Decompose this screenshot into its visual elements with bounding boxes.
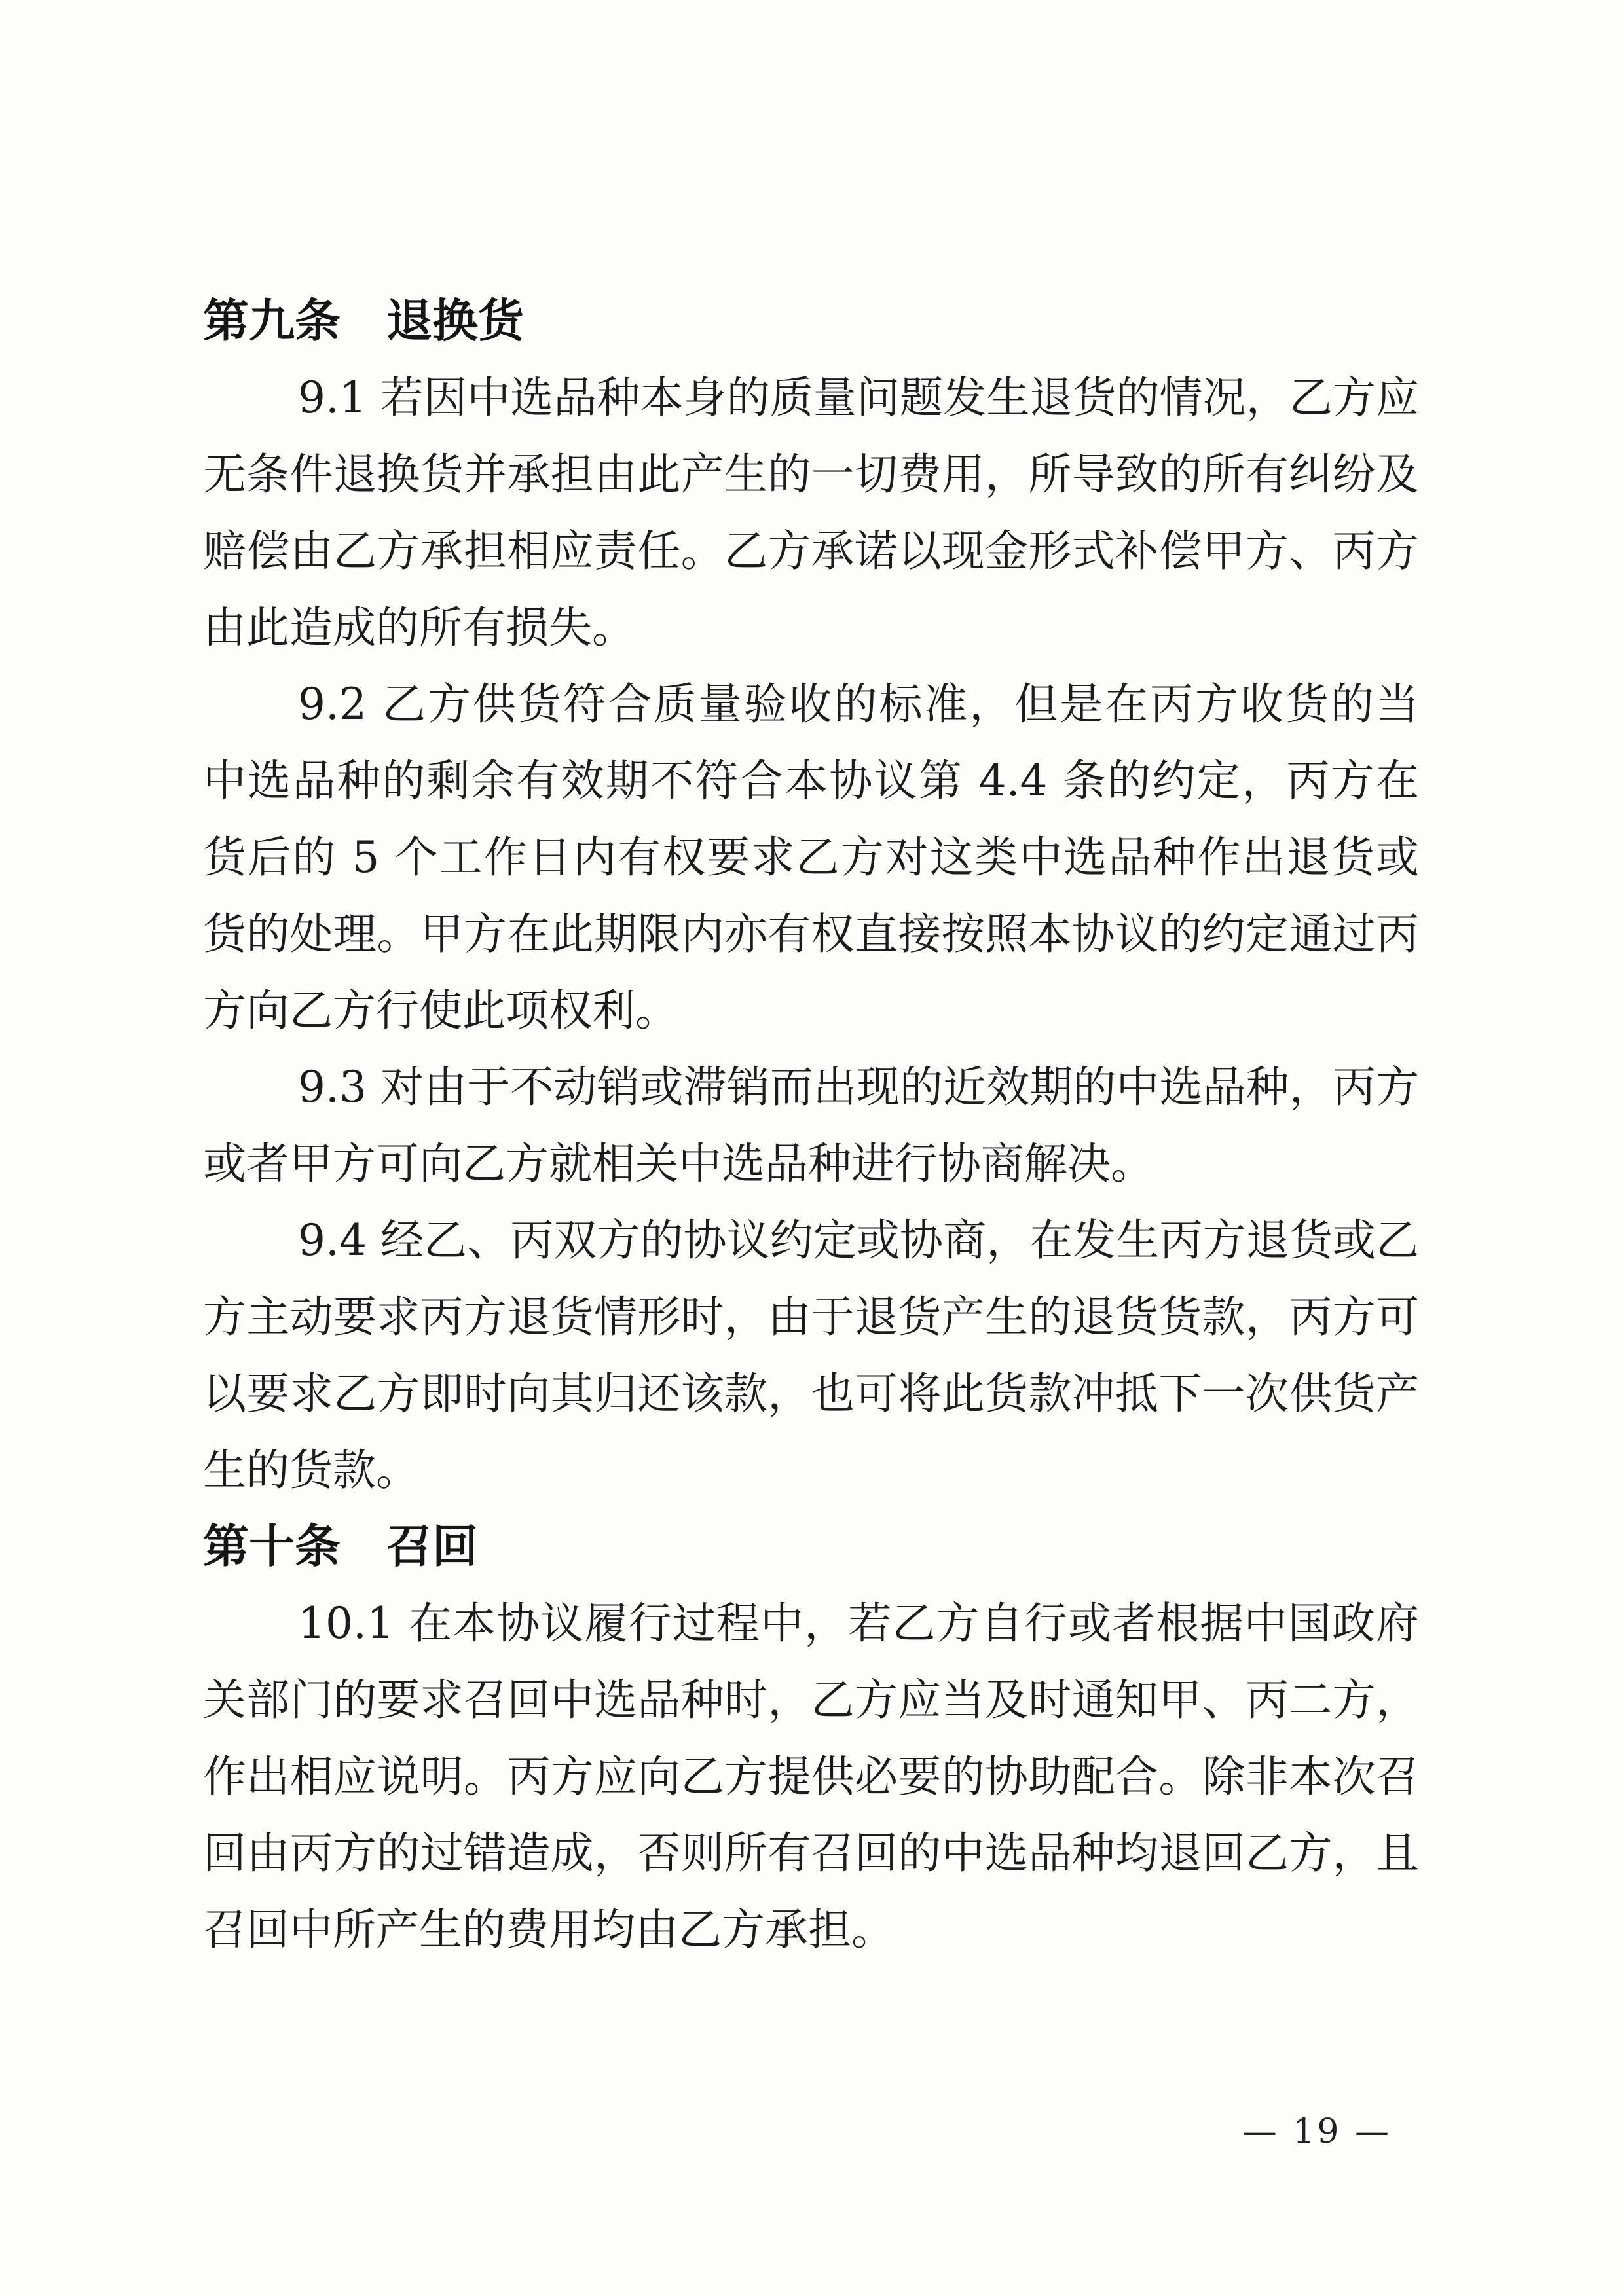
text-line: 9.3 对由于不动销或滞销而出现的近效期的中选品种，丙方	[203, 1049, 1419, 1125]
text-line: 由此造成的所有损失。	[203, 589, 1419, 666]
text-line: 召回中所产生的费用均由乙方承担。	[203, 1891, 1419, 1968]
text-line: 10.1 在本协议履行过程中，若乙方自行或者根据中国政府相	[203, 1585, 1419, 1662]
section-heading: 第九条 退换货	[203, 283, 1419, 359]
text-line: 9.1 若因中选品种本身的质量问题发生退货的情况，乙方应	[203, 359, 1419, 436]
document-page: 第九条 退换货9.1 若因中选品种本身的质量问题发生退货的情况，乙方应无条件退换…	[0, 0, 1624, 2296]
text-line: 9.4 经乙、丙双方的协议约定或协商，在发生丙方退货或乙	[203, 1202, 1419, 1279]
text-line: 中选品种的剩余有效期不符合本协议第 4.4 条的约定，丙方在收	[203, 742, 1419, 819]
text-line: 或者甲方可向乙方就相关中选品种进行协商解决。	[203, 1125, 1419, 1202]
text-line: 以要求乙方即时向其归还该款，也可将此货款冲抵下一次供货产	[203, 1355, 1419, 1432]
text-line: 货后的 5 个工作日内有权要求乙方对这类中选品种作出退货或换	[203, 819, 1419, 896]
page-number: — 19 —	[1243, 2113, 1392, 2150]
text-line: 货的处理。甲方在此期限内亦有权直接按照本协议的约定通过丙	[203, 896, 1419, 972]
text-line: 赔偿由乙方承担相应责任。乙方承诺以现金形式补偿甲方、丙方	[203, 513, 1419, 589]
section-heading: 第十条 召回	[203, 1508, 1419, 1585]
text-line: 生的货款。	[203, 1432, 1419, 1508]
text-line: 关部门的要求召回中选品种时，乙方应当及时通知甲、丙二方，	[203, 1662, 1419, 1738]
contract-text: 第九条 退换货9.1 若因中选品种本身的质量问题发生退货的情况，乙方应无条件退换…	[203, 283, 1419, 1968]
text-line: 作出相应说明。丙方应向乙方提供必要的协助配合。除非本次召	[203, 1738, 1419, 1815]
text-line: 方主动要求丙方退货情形时，由于退货产生的退货货款，丙方可	[203, 1279, 1419, 1355]
text-line: 9.2 乙方供货符合质量验收的标准，但是在丙方收货的当天，	[203, 666, 1419, 742]
text-line: 无条件退换货并承担由此产生的一切费用，所导致的所有纠纷及	[203, 436, 1419, 513]
text-line: 方向乙方行使此项权利。	[203, 972, 1419, 1049]
text-line: 回由丙方的过错造成，否则所有召回的中选品种均退回乙方，且	[203, 1815, 1419, 1891]
